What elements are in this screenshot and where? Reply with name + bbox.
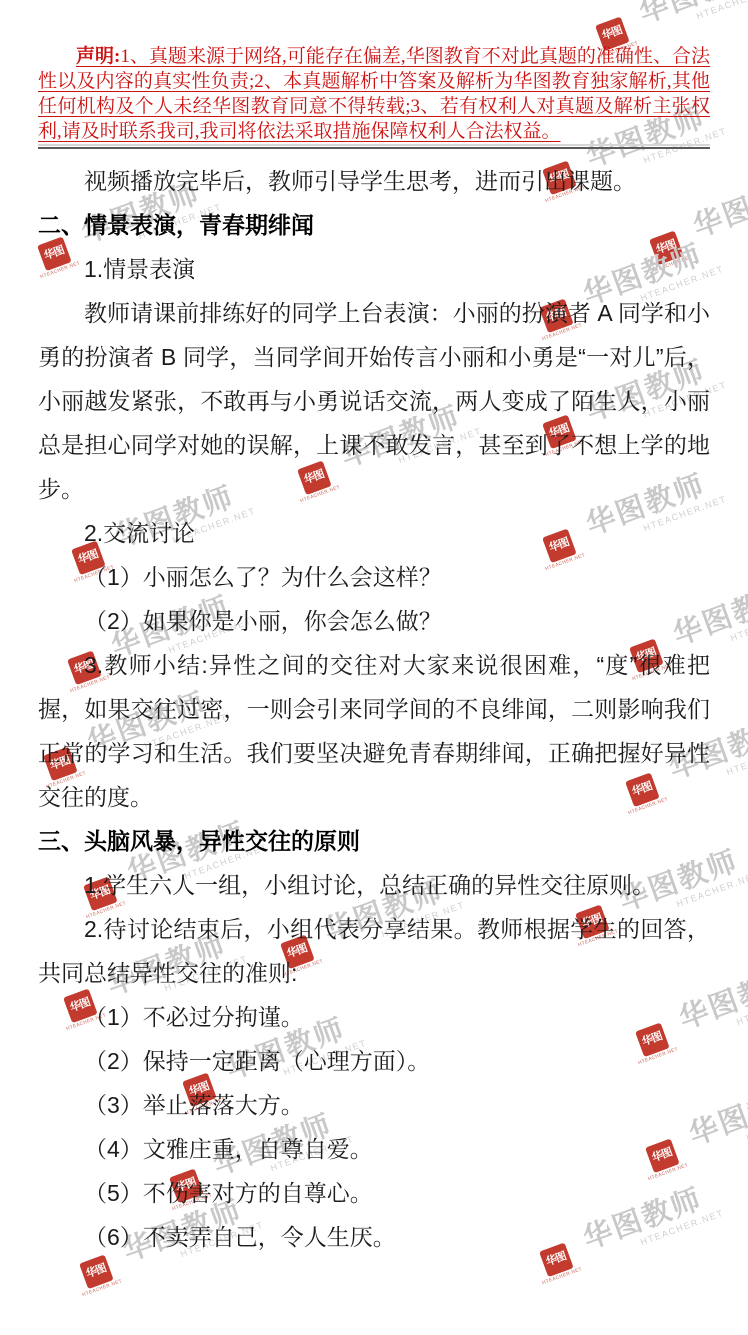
paragraph: 1.学生六人一组，小组讨论，总结正确的异性交往原则。 xyxy=(38,863,710,907)
paragraph: 视频播放完毕后，教师引导学生思考，进而引出课题。 xyxy=(38,159,710,203)
paragraph: 教师请课前排练好的同学上台表演：小丽的扮演者 A 同学和小勇的扮演者 B 同学，… xyxy=(38,291,710,511)
header-divider xyxy=(38,147,710,149)
paragraph: （6）不卖弄自己，令人生厌。 xyxy=(38,1215,710,1259)
document-page: 华图HTEACHER.NET华图教师HTEACHER.NET华图HTEACHER… xyxy=(0,0,748,1335)
page-content: 声明:1、真题来源于网络,可能存在偏差,华图教育不对此真题的准确性、合法性以及内… xyxy=(0,0,748,1259)
paragraph: 3.教师小结:异性之间的交往对大家来说很困难，“度”很难把握，如果交往过密，一则… xyxy=(38,643,710,819)
paragraph: （4）文雅庄重，自尊自爱。 xyxy=(38,1127,710,1171)
paragraph: （1）小丽怎么了？为什么会这样？ xyxy=(38,555,710,599)
paragraph: 1.情景表演 xyxy=(38,247,710,291)
body-blocks: 视频播放完毕后，教师引导学生思考，进而引出课题。二、情景表演，青春期绯闻1.情景… xyxy=(38,159,710,1259)
paragraph: （2）如果你是小丽，你会怎么做？ xyxy=(38,599,710,643)
disclaimer-text: 1、真题来源于网络,可能存在偏差,华图教育不对此真题的准确性、合法性以及内容的真… xyxy=(38,46,710,142)
disclaimer-label: 声明: xyxy=(76,46,120,67)
section-heading: 二、情景表演，青春期绯闻 xyxy=(38,203,710,247)
section-heading: 三、头脑风暴，异性交往的原则 xyxy=(38,819,710,863)
paragraph: （3）举止落落大方。 xyxy=(38,1083,710,1127)
paragraph: 2.待讨论结束后，小组代表分享结果。教师根据学生的回答，共同总结异性交往的准则: xyxy=(38,907,710,995)
paragraph: （5）不伤害对方的自尊心。 xyxy=(38,1171,710,1215)
paragraph: （2）保持一定距离（心理方面）。 xyxy=(38,1039,710,1083)
paragraph: （1）不必过分拘谨。 xyxy=(38,995,710,1039)
disclaimer: 声明:1、真题来源于网络,可能存在偏差,华图教育不对此真题的准确性、合法性以及内… xyxy=(38,44,710,144)
paragraph: 2.交流讨论 xyxy=(38,511,710,555)
